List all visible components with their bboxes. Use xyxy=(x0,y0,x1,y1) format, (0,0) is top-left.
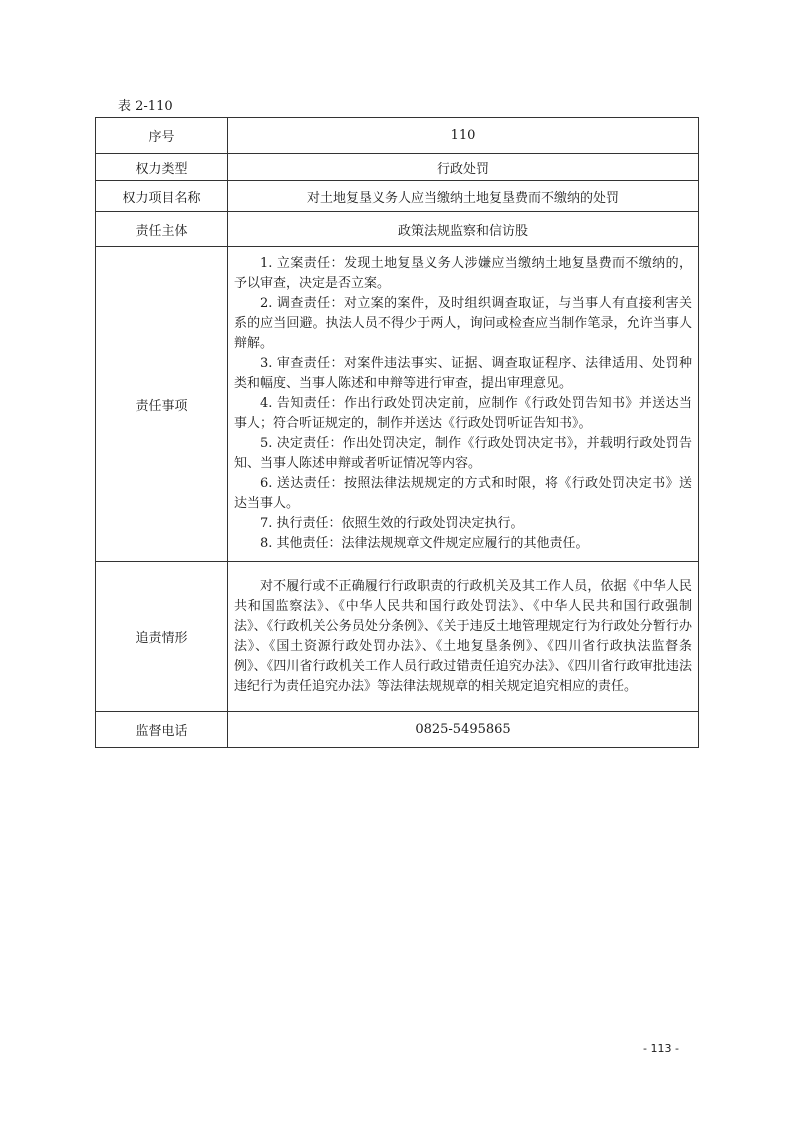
label-phone: 监督电话 xyxy=(96,712,228,748)
page-number: - 113 - xyxy=(643,1042,679,1055)
duty-item: 3. 审查责任：对案件违法事实、证据、调查取证程序、法律适用、处罚种类和幅度、当… xyxy=(234,354,692,394)
value-phone: 0825-5495865 xyxy=(228,712,699,748)
duty-item: 4. 告知责任：作出行政处罚决定前，应制作《行政处罚告知书》并送达当事人；符合听… xyxy=(234,394,692,434)
table-row-duties: 责任事项 1. 立案责任：发现土地复垦义务人涉嫌应当缴纳土地复垦费而不缴纳的，予… xyxy=(96,247,699,562)
label-accountability: 追责情形 xyxy=(96,562,228,712)
label-item-name: 权力项目名称 xyxy=(96,181,228,212)
duty-item: 2. 调查责任：对立案的案件，及时组织调查取证，与当事人有直接利害关系的应当回避… xyxy=(234,294,692,354)
duty-item: 6. 送达责任：按照法律法规规定的方式和时限，将《行政处罚决定书》送达当事人。 xyxy=(234,474,692,514)
table-row-subject: 责任主体 政策法规监察和信访股 xyxy=(96,212,699,247)
duty-item: 5. 决定责任：作出处罚决定，制作《行政处罚决定书》，并载明行政处罚告知、当事人… xyxy=(234,434,692,474)
table-row-phone: 监督电话 0825-5495865 xyxy=(96,712,699,748)
value-power-type: 行政处罚 xyxy=(228,154,699,181)
table-row-item-name: 权力项目名称 对土地复垦义务人应当缴纳土地复垦费而不缴纳的处罚 xyxy=(96,181,699,212)
value-accountability: 对不履行或不正确履行行政职责的行政机关及其工作人员，依据《中华人民共和国监察法》… xyxy=(228,562,699,712)
value-serial: 110 xyxy=(228,118,699,154)
table-row-accountability: 追责情形 对不履行或不正确履行行政职责的行政机关及其工作人员，依据《中华人民共和… xyxy=(96,562,699,712)
table-row-serial: 序号 110 xyxy=(96,118,699,154)
label-subject: 责任主体 xyxy=(96,212,228,247)
value-subject: 政策法规监察和信访股 xyxy=(228,212,699,247)
duty-item: 8. 其他责任：法律法规规章文件规定应履行的其他责任。 xyxy=(234,534,692,554)
table-caption: 表 2-110 xyxy=(118,95,173,114)
label-duties: 责任事项 xyxy=(96,247,228,562)
value-item-name: 对土地复垦义务人应当缴纳土地复垦费而不缴纳的处罚 xyxy=(228,181,699,212)
accountability-text: 对不履行或不正确履行行政职责的行政机关及其工作人员，依据《中华人民共和国监察法》… xyxy=(234,577,692,697)
label-power-type: 权力类型 xyxy=(96,154,228,181)
label-serial: 序号 xyxy=(96,118,228,154)
duty-item: 1. 立案责任：发现土地复垦义务人涉嫌应当缴纳土地复垦费而不缴纳的，予以审查，决… xyxy=(234,254,692,294)
table-row-power-type: 权力类型 行政处罚 xyxy=(96,154,699,181)
value-duties: 1. 立案责任：发现土地复垦义务人涉嫌应当缴纳土地复垦费而不缴纳的，予以审查，决… xyxy=(228,247,699,562)
power-item-table: 序号 110 权力类型 行政处罚 权力项目名称 对土地复垦义务人应当缴纳土地复垦… xyxy=(95,117,699,748)
duty-item: 7. 执行责任：依照生效的行政处罚决定执行。 xyxy=(234,514,692,534)
